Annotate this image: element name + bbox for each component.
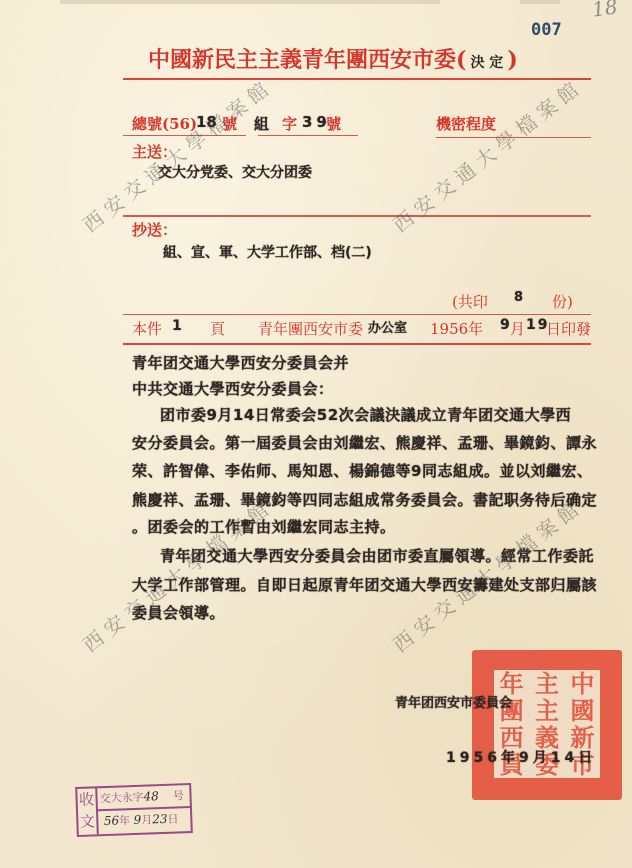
pages-unit: 頁 bbox=[210, 318, 225, 339]
print-day-unit: 日印發 bbox=[546, 318, 591, 339]
copies-open: (共印 bbox=[452, 291, 488, 312]
pencil-page-number: 18 bbox=[590, 0, 619, 22]
copies-count: 8 bbox=[514, 290, 523, 305]
receipt-ref-prefix: 交大永字 bbox=[99, 791, 143, 806]
title-paren-open: ( bbox=[456, 47, 466, 73]
receipt-day-unit: 日 bbox=[167, 812, 178, 825]
stamped-page-number: 007 bbox=[531, 20, 562, 40]
receipt-reference: 交大永字48 号 bbox=[99, 787, 184, 806]
document-title: 中國新民主主義青年團西安市委(決 定) bbox=[148, 43, 518, 74]
receipt-date: 56年 9月23日 bbox=[100, 810, 179, 829]
title-paren-close: ) bbox=[507, 47, 517, 73]
serial-zi-suffix: 號 bbox=[326, 113, 341, 134]
addressee-line-2: 中共交通大學西安分委員会： bbox=[132, 378, 334, 399]
official-seal: 中 主 年 國 主 團 新 義 西 市 委 員 bbox=[472, 650, 622, 800]
receipt-label-bottom: 文 bbox=[78, 810, 97, 833]
pages-label: 本件 bbox=[132, 318, 162, 339]
issuer-printed: 青年團西安市委 bbox=[258, 318, 363, 339]
seal-char: 主 bbox=[529, 697, 564, 724]
body-line: 熊慶祥、孟珊、畢鏡鈞等四同志組成常务委員会。書記职务待后确定 bbox=[132, 489, 597, 510]
receipt-stamp: 收 文 交大永字48 号 56年 9月23日 bbox=[75, 783, 193, 837]
receipt-year-unit: 年 bbox=[119, 814, 130, 827]
title-text: 中國新民主主義青年團西安市委 bbox=[148, 47, 456, 73]
recipients-divider bbox=[123, 215, 591, 217]
signature-date: 1956年9月14日 bbox=[446, 747, 596, 767]
pages-count: 1 bbox=[172, 318, 182, 334]
signature-organization: 青年团西安市委員会 bbox=[395, 692, 512, 711]
receipt-ref-suffix: 号 bbox=[173, 789, 184, 802]
print-month-unit: 月 bbox=[510, 318, 525, 339]
secrecy-label: 機密程度 bbox=[436, 113, 496, 134]
body-line: 团市委9月14日常委会52次会議決議成立青年团交通大學西 bbox=[160, 404, 571, 425]
copies-close: 份) bbox=[552, 291, 573, 312]
document-type: 決 定 bbox=[470, 55, 503, 71]
receipt-month-unit: 月 bbox=[141, 813, 152, 826]
seal-char: 主 bbox=[529, 670, 564, 697]
body-line: 安分委員会。第一屆委員会由刘繼宏、熊慶祥、孟珊、畢鏡鈞、譚永 bbox=[132, 432, 597, 453]
paper-edge-shadow bbox=[60, 0, 440, 4]
receipt-vertical-label: 收 文 bbox=[77, 788, 99, 835]
cc-label: 抄送： bbox=[132, 219, 177, 240]
body-line: 大学工作部管理。自即日起原青年团交通大學西安籌建处支部归屬該 bbox=[132, 574, 597, 595]
issuer-typed: 办公室 bbox=[368, 317, 407, 336]
cc-recipients: 組、宣、軍、大学工作部、档(二) bbox=[163, 242, 372, 262]
serial-group: 組 bbox=[254, 113, 269, 134]
serial-underline-2 bbox=[258, 135, 358, 136]
copies-divider bbox=[123, 314, 591, 315]
print-year: 1956年 bbox=[430, 318, 483, 339]
receipt-label-top: 收 bbox=[77, 788, 96, 811]
seal-char: 國 bbox=[565, 697, 600, 724]
receipt-year: 56 bbox=[104, 814, 120, 829]
archive-watermark: 西安交通大學檔案館 bbox=[76, 71, 278, 238]
archive-watermark: 西安交通大學檔案館 bbox=[386, 71, 588, 238]
addressee-line-1: 青年团交通大學西安分委員会并 bbox=[132, 352, 349, 373]
seal-char: 中 bbox=[565, 670, 600, 697]
paper-edge-shadow bbox=[520, 0, 560, 4]
header-bottom-rule bbox=[123, 343, 591, 345]
title-underline bbox=[123, 78, 591, 80]
receipt-ref-number: 48 bbox=[143, 789, 159, 804]
print-month: 9 bbox=[500, 317, 510, 333]
serial-zi-label: 字 bbox=[282, 113, 297, 134]
body-line: 荣、許智偉、李佑师、馬知恩、楊錦德等9同志組成。並以刘繼宏、 bbox=[132, 460, 592, 481]
receipt-day: 23 bbox=[152, 812, 168, 827]
